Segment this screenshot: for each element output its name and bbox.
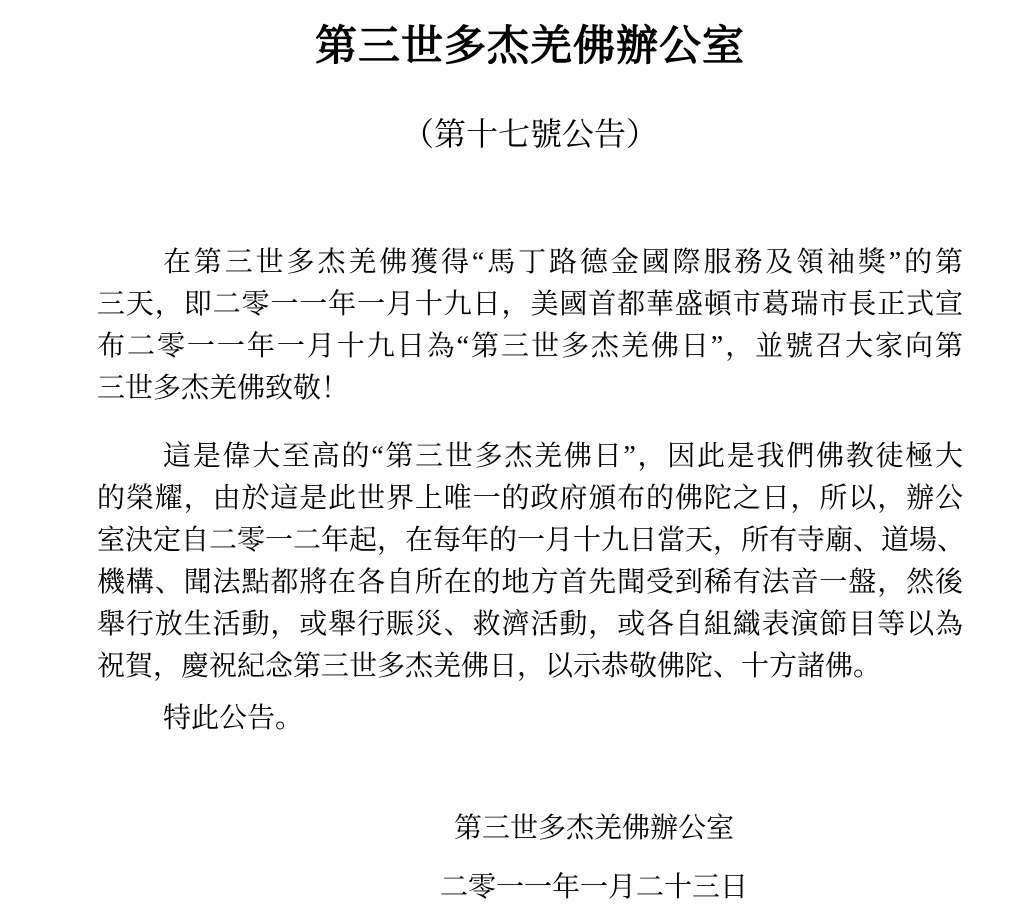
paragraph-line: 舉行放生活動，或舉行賑災、救濟活動，或各自組織表演節目等以為 [97, 604, 963, 646]
paragraph-line: 祝賀，慶祝紀念第三世多杰羌佛日，以示恭敬佛陀、十方諸佛。 [97, 646, 963, 688]
paragraph-line: 機構、聞法點都將在各自所在的地方首先聞受到稀有法音一盤，然後 [97, 562, 963, 604]
signature-block: 第三世多杰羌佛辦公室 二零一一年一月二十三日 [225, 808, 963, 909]
announcement-document: 第三世多杰羌佛辦公室 （第十七號公告） 在第三世多杰羌佛獲得“馬丁路德金國際服務… [0, 0, 1024, 912]
paragraph-line: 在第三世多杰羌佛獲得“馬丁路德金國際服務及領袖獎”的第 [97, 242, 963, 284]
paragraph-line: 三世多杰羌佛致敬！ [97, 368, 963, 410]
paragraph-line: 這是偉大至高的“第三世多杰羌佛日”，因此是我們佛教徒極大 [97, 436, 963, 478]
paragraph-2: 這是偉大至高的“第三世多杰羌佛日”，因此是我們佛教徒極大 的榮耀，由於這是此世界… [97, 436, 963, 688]
paragraph-1: 在第三世多杰羌佛獲得“馬丁路德金國際服務及領袖獎”的第 三天，即二零一一年一月十… [97, 242, 963, 410]
signature: 第三世多杰羌佛辦公室 [225, 808, 963, 850]
paragraph-line: 的榮耀，由於這是此世界上唯一的政府頒布的佛陀之日，所以，辦公 [97, 478, 963, 520]
paragraph-line: 布二零一一年一月十九日為“第三世多杰羌佛日”，並號召大家向第 [97, 326, 963, 368]
paragraph-line: 室決定自二零一二年起，在每年的一月十九日當天，所有寺廟、道場、 [97, 520, 963, 562]
closing-statement: 特此公告。 [97, 698, 963, 740]
document-title: 第三世多杰羌佛辦公室 [97, 22, 963, 72]
paragraph-line: 三天，即二零一一年一月十九日，美國首都華盛頓市葛瑞市長正式宣 [97, 284, 963, 326]
announcement-number: （第十七號公告） [97, 114, 963, 154]
date: 二零一一年一月二十三日 [225, 867, 963, 909]
